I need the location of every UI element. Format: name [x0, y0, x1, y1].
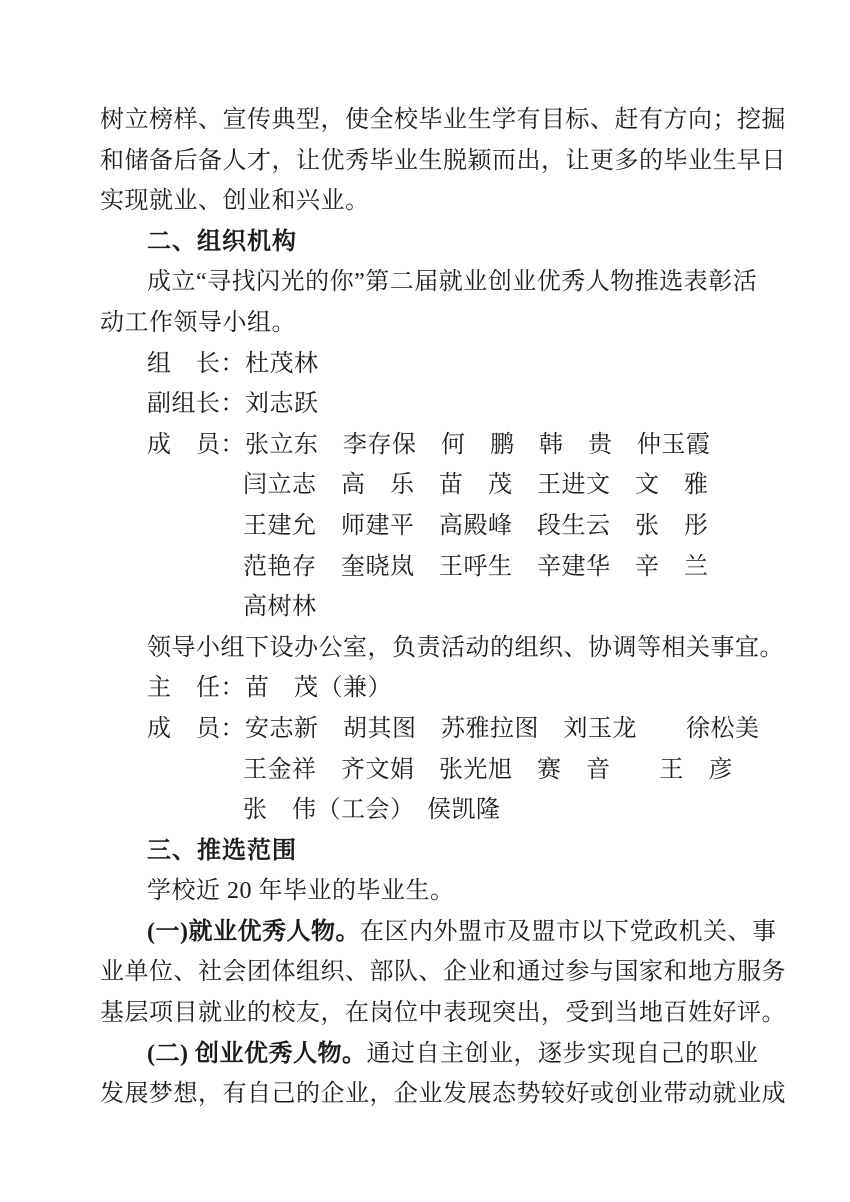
paragraph-line-entrepreneurship-category: (二) 创业优秀人物。通过自主创业，逐步实现自己的职业: [100, 1034, 760, 1075]
paragraph-line: 成立“寻找闪光的你”第二届就业创业优秀人物推选表彰活: [100, 262, 760, 303]
member-names-line: 闫立志 高 乐 苗 茂 王进文 文 雅: [100, 465, 760, 506]
member-names-line: 王建允 师建平 高殿峰 段生云 张 彤: [100, 506, 760, 547]
member-names-line: 范艳存 奎晓岚 王呼生 辛建华 辛 兰: [100, 547, 760, 588]
category-title-employment: (一)就业优秀人物。: [147, 919, 360, 945]
paragraph-line: 发展梦想，有自己的企业，企业发展态势较好或创业带动就业成: [100, 1074, 760, 1115]
paragraph-text: 通过自主创业，逐步实现自己的职业: [366, 1041, 758, 1067]
paragraph-line: 基层项目就业的校友，在岗位中表现突出，受到当地百姓好评。: [100, 993, 760, 1034]
paragraph-text: 在区内外盟市及盟市以下党政机关、事: [360, 919, 777, 945]
member-names-line: 王金祥 齐文娟 张光旭 赛 音 王 彦: [100, 750, 760, 791]
category-title-entrepreneurship: (二) 创业优秀人物。: [147, 1041, 366, 1067]
section-heading-organization: 二、组织机构: [100, 222, 760, 263]
paragraph-line: 动工作领导小组。: [100, 303, 760, 344]
paragraph-line: 和储备后备人才，让优秀毕业生脱颖而出，让更多的毕业生早日: [100, 141, 760, 182]
member-names-line: 张 伟（工会） 侯凯隆: [100, 790, 760, 831]
role-line-office-director: 主 任：苗 茂（兼）: [100, 668, 760, 709]
paragraph-line: 实现就业、创业和兴业。: [100, 181, 760, 222]
role-line-group-leader: 组 长：杜茂林: [100, 344, 760, 385]
role-line-members: 成 员：张立东 李存保 何 鹏 韩 贵 仲玉霞: [100, 425, 760, 466]
member-names-line: 高树林: [100, 587, 760, 628]
role-line-office-members: 成 员：安志新 胡其图 苏雅拉图 刘玉龙 徐松美: [100, 709, 760, 750]
document-body: 树立榜样、宣传典型，使全校毕业生学有目标、赶有方向；挖掘 和储备后备人才，让优秀…: [100, 100, 760, 1115]
paragraph-line-employment-category: (一)就业优秀人物。在区内外盟市及盟市以下党政机关、事: [100, 912, 760, 953]
paragraph-line: 领导小组下设办公室，负责活动的组织、协调等相关事宜。: [100, 628, 760, 669]
paragraph-line: 学校近 20 年毕业的毕业生。: [100, 871, 760, 912]
document-page: 树立榜样、宣传典型，使全校毕业生学有目标、赶有方向；挖掘 和储备后备人才，让优秀…: [0, 0, 850, 1202]
paragraph-line: 树立榜样、宣传典型，使全校毕业生学有目标、赶有方向；挖掘: [100, 100, 760, 141]
section-heading-scope: 三、推选范围: [100, 831, 760, 872]
role-line-deputy-leader: 副组长：刘志跃: [100, 384, 760, 425]
paragraph-line: 业单位、社会团体组织、部队、企业和通过参与国家和地方服务: [100, 952, 760, 993]
